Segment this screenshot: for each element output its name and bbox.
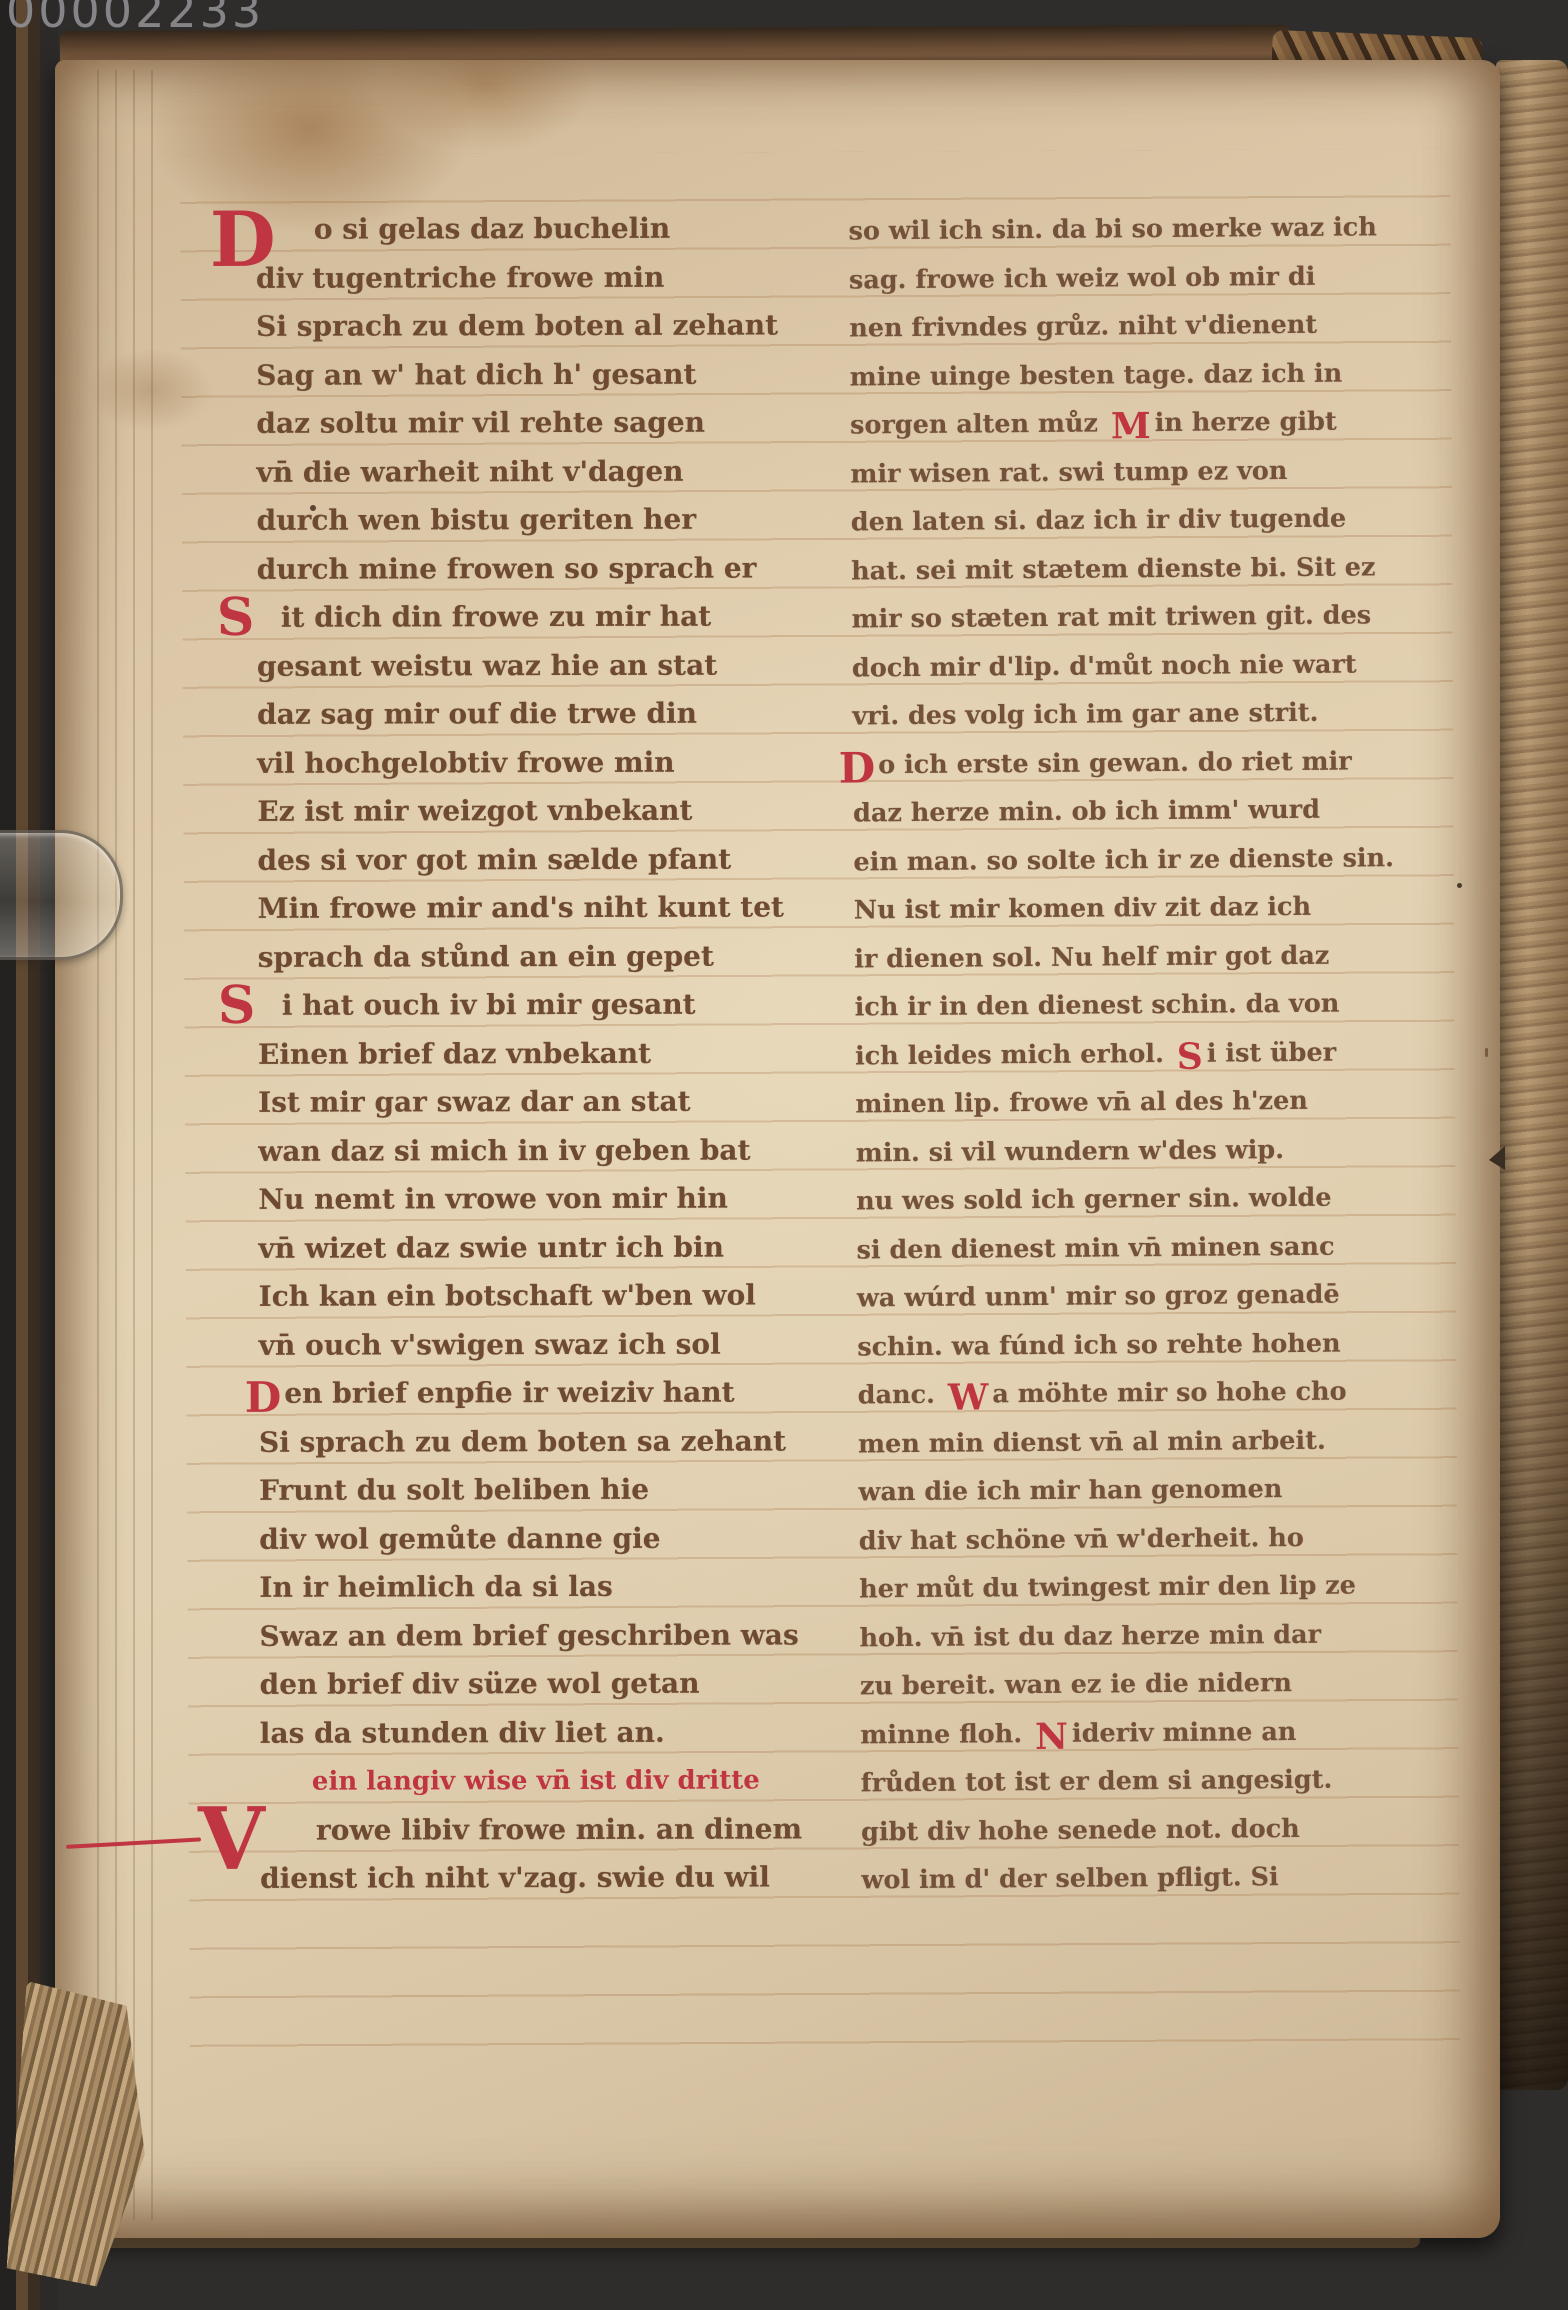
line-text: hoh. vn̄ ist du daz herze min dar [859, 1619, 1321, 1653]
manuscript-line: daz sag mir ouf die trwe din [257, 689, 882, 739]
line-text: Si sprach zu dem boten sa zehant [259, 1424, 786, 1458]
line-text: vn̄ die warheit niht v'dagen [256, 454, 683, 488]
line-text: vil hochgelobtiv frowe min [257, 745, 674, 779]
line-text: men min dienst vn̄ al min arbeit. [858, 1425, 1326, 1459]
line-text: minen lip. frowe vn̄ al des h'zen [855, 1086, 1308, 1120]
manuscript-line: ir dienen sol. Nu helf mir got daz [854, 930, 1479, 983]
line-text: Frunt du solt beliben hie [259, 1473, 649, 1507]
line-text: Einen brief daz vnbekant [258, 1036, 651, 1070]
manuscript-line: minne floh. Nideriv minne an [860, 1706, 1485, 1759]
line-text: ideriv minne an [1072, 1717, 1297, 1749]
line-text: In ir heimlich da si las [259, 1570, 612, 1604]
line-text: doch mir d'lip. d'můt noch nie wart [852, 649, 1357, 683]
manuscript-line: In ir heimlich da si las [259, 1562, 884, 1612]
column-2: so wil ich sin. da bi so merke waz ichsa… [848, 203, 1486, 1905]
manuscript-line: las da stunden div liet an. [260, 1708, 885, 1758]
line-text: danc. [858, 1380, 944, 1411]
line-text: sorgen alten můz [850, 408, 1107, 440]
manuscript-line: zu bereit. wan ez ie die nidern [860, 1658, 1485, 1711]
gutter-fold-lines [81, 70, 165, 2220]
line-text: Ist mir gar swaz dar an stat [258, 1085, 691, 1119]
column-1: Do si gelas daz buchelindiv tugentriche … [256, 204, 885, 1903]
red-initial: D [245, 1373, 282, 1422]
red-initial: N [1035, 1715, 1068, 1757]
red-initial: S [218, 980, 256, 1032]
line-text: den laten si. daz ich ir div tugende [851, 504, 1347, 538]
line-text: a möhte mir so hohe cho [992, 1377, 1347, 1410]
manuscript-page: Do si gelas daz buchelindiv tugentriche … [55, 60, 1500, 2238]
manuscript-line: schin. wa fúnd ich so rehte hohen [857, 1318, 1482, 1371]
manuscript-line: Vrowe libiv frowe min. an dinem [260, 1805, 885, 1855]
left-binding-gutter [0, 0, 58, 2310]
line-text: Nu ist mir komen div zit daz ich [854, 892, 1311, 926]
manuscript-line: Den brief enpfie ir weiziv hant [259, 1368, 884, 1418]
manuscript-line: si den dienest min vn̄ minen sanc [856, 1221, 1481, 1274]
line-text: Nu nemt in vrowe von mir hin [258, 1182, 728, 1216]
line-text: en brief enpfie ir weiziv hant [284, 1376, 734, 1410]
line-text: schin. wa fúnd ich so rehte hohen [857, 1328, 1341, 1362]
line-text: frůden tot ist er dem si angesigt. [861, 1765, 1333, 1799]
line-text: ein langiv wise vn̄ ist div dritte [312, 1766, 760, 1797]
line-text: wan die ich mir han genomen [858, 1474, 1282, 1507]
watermark-number: 00002233 [6, 0, 264, 38]
line-text: i ist über [1207, 1037, 1337, 1068]
manuscript-line: gesant weistu waz hie an stat [257, 641, 882, 691]
manuscript-line: frůden tot ist er dem si angesigt. [861, 1755, 1486, 1808]
line-text: gesant weistu waz hie an stat [257, 648, 717, 682]
manuscript-line: doch mir d'lip. d'můt noch nie wart [852, 639, 1477, 692]
line-text: si den dienest min vn̄ minen sanc [856, 1231, 1334, 1265]
line-text: dienst ich niht v'zag. swie du wil [260, 1860, 770, 1894]
line-text: wan daz si mich in iv geben bat [258, 1133, 750, 1167]
manuscript-line: vn̄ wizet daz swie untr ich bin [258, 1223, 883, 1273]
manuscript-line: men min dienst vn̄ al min arbeit. [858, 1415, 1483, 1468]
line-text: ich leides mich erhol. [855, 1038, 1173, 1070]
line-text: zu bereit. wan ez ie die nidern [860, 1668, 1292, 1701]
manuscript-line: vn̄ ouch v'swigen swaz ich sol [259, 1320, 884, 1370]
line-text: in herze gibt [1155, 407, 1337, 438]
page-edge-notch [1489, 1146, 1505, 1170]
manuscript-line: ich ir in den dienest schin. da von [854, 979, 1479, 1032]
manuscript-line: nu wes sold ich gerner sin. wolde [856, 1173, 1481, 1226]
line-text: vn̄ wizet daz swie untr ich bin [258, 1230, 724, 1264]
line-text: o ich erste sin gewan. do riet mir [878, 746, 1352, 780]
manuscript-line: div tugentriche frowe min [256, 253, 881, 303]
red-initial: D [839, 743, 876, 792]
manuscript-line: wan daz si mich in iv geben bat [258, 1126, 883, 1176]
manuscript-line: mir so stæten rat mit triwen git. des [851, 591, 1476, 644]
line-text: her můt du twingest mir den lip ze [859, 1571, 1356, 1605]
red-initial: M [1111, 405, 1151, 447]
manuscript-line: vri. des volg ich im gar ane strit. [852, 688, 1477, 741]
manuscript-line: hat. sei mit stætem dienste bi. Sit ez [851, 542, 1476, 595]
line-text: div tugentriche frowe min [256, 260, 664, 294]
manuscript-line: daz soltu mir vil rehte sagen [256, 398, 881, 448]
manuscript-line: Nu ist mir komen div zit daz ich [854, 882, 1479, 935]
manuscript-line: Si sprach zu dem boten sa zehant [259, 1417, 884, 1467]
line-text: Ich kan ein botschaft w'ben wol [259, 1279, 756, 1313]
line-text: Swaz an dem brief geschriben was [259, 1618, 798, 1652]
line-text: daz sag mir ouf die trwe din [257, 697, 697, 731]
line-text: nen frivndes grůz. niht v'dienent [849, 310, 1317, 344]
line-text: Si sprach zu dem boten al zehant [256, 308, 778, 342]
line-text: durch wen bistu geriten her [257, 503, 697, 537]
manuscript-line: Do si gelas daz buchelin [256, 204, 881, 254]
line-text: daz soltu mir vil rehte sagen [256, 406, 705, 440]
page-holding-clip [0, 830, 123, 960]
manuscript-line: ich leides mich erhol. Si ist über [855, 1027, 1480, 1080]
line-text: nu wes sold ich gerner sin. wolde [856, 1183, 1332, 1217]
manuscript-line: wan die ich mir han genomen [858, 1464, 1483, 1517]
manuscript-line: hoh. vn̄ ist du daz herze min dar [859, 1609, 1484, 1662]
fore-edge-leaves [1496, 60, 1568, 2090]
line-text: ich ir in den dienest schin. da von [855, 989, 1340, 1023]
red-initial: S [217, 592, 255, 644]
manuscript-line: Ist mir gar swaz dar an stat [258, 1077, 883, 1127]
line-text: it dich din frowe zu mir hat [281, 600, 711, 634]
line-text: vn̄ ouch v'swigen swaz ich sol [259, 1327, 721, 1361]
manuscript-line: den brief div süze wol getan [260, 1659, 885, 1709]
manuscript-line: min. si vil wundern w'des wip. [856, 1124, 1481, 1177]
line-text: Ez ist mir weizgot vnbekant [257, 794, 692, 828]
line-text: ir dienen sol. Nu helf mir got daz [854, 940, 1329, 974]
line-text: sag. frowe ich weiz wol ob mir di [849, 261, 1316, 295]
manuscript-line: mine uinge besten tage. daz ich in [849, 348, 1474, 401]
manuscript-line: nen frivndes grůz. niht v'dienent [849, 300, 1474, 353]
line-text: wa wúrd unm' mir so groz genadē [857, 1280, 1340, 1314]
line-text: mir so stæten rat mit triwen git. des [851, 600, 1371, 634]
line-text: so wil ich sin. da bi so merke waz ich [848, 212, 1377, 246]
manuscript-line: Frunt du solt beliben hie [259, 1465, 884, 1515]
manuscript-line: so wil ich sin. da bi so merke waz ich [848, 203, 1473, 256]
manuscript-line: daz herze min. ob ich imm' wurd [853, 785, 1478, 838]
manuscript-line: Min frowe mir and's niht kunt tet [258, 883, 883, 933]
line-text: min. si vil wundern w'des wip. [856, 1135, 1285, 1168]
manuscript-line: div wol gemůte danne gie [259, 1514, 884, 1564]
manuscript-line: Si hat ouch iv bi mir gesant [258, 980, 883, 1030]
rubric-line: ein langiv wise vn̄ ist div dritte [260, 1756, 885, 1806]
manuscript-line: dienst ich niht v'zag. swie du wil [260, 1853, 885, 1903]
manuscript-line: minen lip. frowe vn̄ al des h'zen [855, 1076, 1480, 1129]
manuscript-line: Sit dich din frowe zu mir hat [257, 592, 882, 642]
manuscript-line: den laten si. daz ich ir div tugende [851, 494, 1476, 547]
line-text: rowe libiv frowe min. an dinem [316, 1812, 802, 1846]
margin-pen-mark [1485, 1048, 1488, 1057]
manuscript-line: her můt du twingest mir den lip ze [859, 1561, 1484, 1614]
line-text: las da stunden div liet an. [260, 1715, 665, 1749]
line-text: div wol gemůte danne gie [259, 1521, 660, 1555]
manuscript-line: Ich kan ein botschaft w'ben wol [259, 1271, 884, 1321]
line-text: mine uinge besten tage. daz ich in [850, 358, 1343, 392]
line-text: daz herze min. ob ich imm' wurd [853, 795, 1320, 829]
manuscript-line: div hat schöne vn̄ w'derheit. ho [859, 1512, 1484, 1565]
red-initial: S [1177, 1035, 1203, 1077]
manuscript-line: Si sprach zu dem boten al zehant [256, 301, 881, 351]
manuscript-line: danc. Wa möhte mir so hohe cho [857, 1367, 1482, 1420]
line-text: div hat schöne vn̄ w'derheit. ho [859, 1522, 1304, 1555]
line-text: wol im d' der selben pfligt. Si [861, 1862, 1278, 1895]
line-text: o si gelas daz buchelin [314, 212, 671, 246]
line-text: des si vor got min sælde pfant [257, 842, 731, 876]
line-text: mir wisen rat. swi tump ez von [850, 456, 1287, 489]
manuscript-line: durch mine frowen so sprach er [257, 544, 882, 594]
line-text: minne floh. [860, 1719, 1031, 1750]
line-text: sprach da stůnd an ein gepet [258, 939, 714, 973]
manuscript-line: vn̄ die warheit niht v'dagen [256, 447, 881, 497]
manuscript-line: Swaz an dem brief geschriben was [259, 1611, 884, 1661]
manuscript-line: Sag an w' hat dich h' gesant [256, 350, 881, 400]
manuscript-line: Einen brief daz vnbekant [258, 1029, 883, 1079]
manuscript-line: des si vor got min sælde pfant [257, 835, 882, 885]
manuscript-line: wol im d' der selben pfligt. Si [861, 1852, 1486, 1905]
red-initial: V [198, 1796, 265, 1882]
manuscript-line: Ez ist mir weizgot vnbekant [257, 786, 882, 836]
line-text: hat. sei mit stætem dienste bi. Sit ez [851, 552, 1375, 586]
line-text: ein man. so solte ich ir ze dienste sin. [853, 843, 1394, 877]
line-text: Sag an w' hat dich h' gesant [256, 357, 696, 391]
line-text: vri. des volg ich im gar ane strit. [852, 698, 1318, 732]
line-text: Min frowe mir and's niht kunt tet [258, 890, 784, 924]
manuscript-line: Nu nemt in vrowe von mir hin [258, 1174, 883, 1224]
photo-backdrop: { "meta": { "watermark": "00002233" }, "… [0, 0, 1568, 2310]
manuscript-line: sorgen alten můz Min herze gibt [850, 397, 1475, 450]
red-initial: W [948, 1376, 989, 1418]
manuscript-line: gibt div hohe senede not. doch [861, 1803, 1486, 1856]
manuscript-line: wa wúrd unm' mir so groz genadē [857, 1270, 1482, 1323]
manuscript-line: durch wen bistu geriten her [257, 495, 882, 545]
manuscript-line: sprach da stůnd an ein gepet [258, 932, 883, 982]
line-text: gibt div hohe senede not. doch [861, 1813, 1300, 1846]
line-text: den brief div süze wol getan [260, 1667, 700, 1701]
line-text: i hat ouch iv bi mir gesant [282, 988, 696, 1022]
manuscript-line: vil hochgelobtiv frowe min [257, 738, 882, 788]
manuscript-line: ein man. so solte ich ir ze dienste sin. [853, 833, 1478, 886]
manuscript-line: sag. frowe ich weiz wol ob mir di [849, 251, 1474, 304]
manuscript-line: mir wisen rat. swi tump ez von [850, 445, 1475, 498]
manuscript-line: Do ich erste sin gewan. do riet mir [853, 736, 1478, 789]
line-text: durch mine frowen so sprach er [257, 551, 757, 585]
